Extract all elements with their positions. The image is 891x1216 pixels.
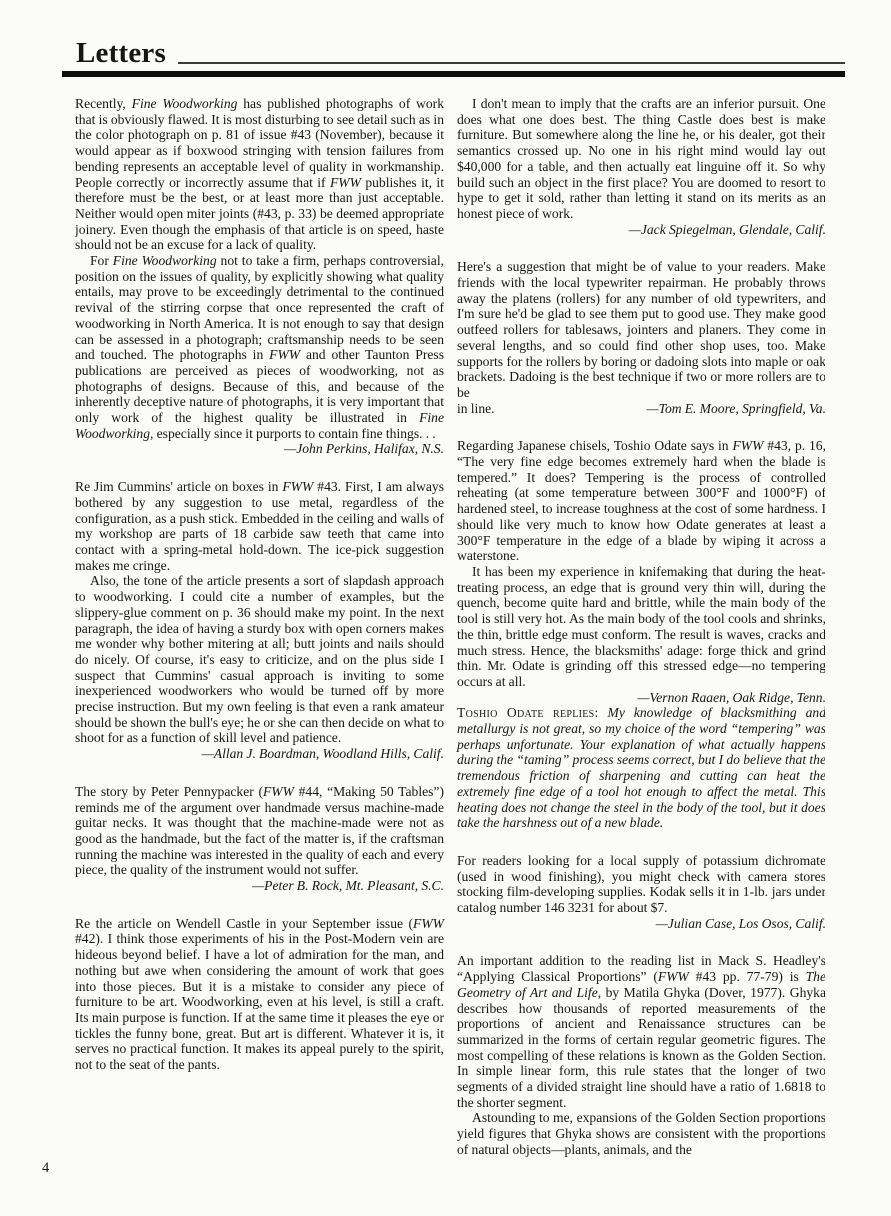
letter-paragraph: Re Jim Cummins' article on boxes in FWW …: [75, 479, 444, 573]
column-left: Recently, Fine Woodworking has published…: [75, 96, 444, 1166]
text-run: For: [90, 253, 113, 268]
letter-paragraph: An important addition to the reading lis…: [457, 953, 825, 1110]
letter: I don't mean to imply that the crafts ar…: [457, 96, 825, 237]
letter: The story by Peter Pennypacker (FWW #44,…: [75, 784, 444, 894]
header-rule-thick: [62, 71, 845, 77]
signature-lead-text: in line.: [457, 401, 495, 417]
letter-paragraph: For Fine Woodworking not to take a firm,…: [75, 253, 444, 441]
letter-signature: —John Perkins, Halifax, N.S.: [75, 441, 444, 457]
italic-text: FWW: [269, 347, 300, 362]
italic-text: FWW: [658, 969, 689, 984]
italic-text: Fine Woodworking: [132, 96, 238, 111]
letter-paragraph: It has been my experience in knifemaking…: [457, 564, 825, 690]
italic-text: FWW: [413, 916, 444, 931]
letter: An important addition to the reading lis…: [457, 953, 825, 1157]
text-run: Also, the tone of the article presents a…: [75, 573, 444, 745]
letters-body: Recently, Fine Woodworking has published…: [75, 96, 825, 1166]
text-run: Recently,: [75, 96, 132, 111]
letter: Recently, Fine Woodworking has published…: [75, 96, 444, 457]
letter-paragraph: The story by Peter Pennypacker (FWW #44,…: [75, 784, 444, 878]
text-run: Here's a suggestion that might be of val…: [457, 259, 825, 400]
letter-paragraph: Astounding to me, expansions of the Gold…: [457, 1110, 825, 1157]
page-number: 4: [42, 1160, 49, 1177]
text-run: My knowledge of blacksmithing and metall…: [457, 705, 825, 830]
text-run: Re the article on Wendell Castle in your…: [75, 916, 413, 931]
letter: For readers looking for a local supply o…: [457, 853, 825, 932]
column-right: I don't mean to imply that the crafts ar…: [457, 96, 825, 1166]
text-run: , by Matila Ghyka (Dover, 1977). Ghyka d…: [457, 985, 825, 1110]
letter: Here's a suggestion that might be of val…: [457, 259, 825, 416]
letter-paragraph: For readers looking for a local supply o…: [457, 853, 825, 916]
text-run: Re Jim Cummins' article on boxes in: [75, 479, 282, 494]
magazine-page: { "header": { "title": "Letters" }, "pag…: [0, 0, 891, 1216]
text-run: Astounding to me, expansions of the Gold…: [457, 1110, 825, 1156]
letter-signature: —Jack Spiegelman, Glendale, Calif.: [457, 222, 825, 238]
letter-paragraph: Regarding Japanese chisels, Toshio Odate…: [457, 438, 825, 564]
italic-text: FWW: [330, 175, 361, 190]
text-run: The story by Peter Pennypacker (: [75, 784, 263, 799]
letter-signature-line: in line.—Tom E. Moore, Springfield, Va.: [457, 401, 825, 417]
text-run: Regarding Japanese chisels, Toshio Odate…: [457, 438, 732, 453]
reply-label: Toshio Odate replies:: [457, 705, 599, 720]
masthead: Letters: [62, 38, 845, 77]
italic-text: Fine Woodworking: [113, 253, 217, 268]
italic-text: FWW: [263, 784, 294, 799]
letter-paragraph: Here's a suggestion that might be of val…: [457, 259, 825, 400]
text-run: For readers looking for a local supply o…: [457, 853, 825, 915]
editor-reply: Toshio Odate replies: My knowledge of bl…: [457, 705, 825, 831]
letter-paragraph: I don't mean to imply that the crafts ar…: [457, 96, 825, 222]
text-run: It has been my experience in knifemaking…: [457, 564, 825, 689]
letter-paragraph: Also, the tone of the article presents a…: [75, 573, 444, 746]
text-run: #43 pp. 77-79) is: [689, 969, 806, 984]
letter-paragraph: Recently, Fine Woodworking has published…: [75, 96, 444, 253]
letter: Re Jim Cummins' article on boxes in FWW …: [75, 479, 444, 762]
letter-paragraph: Re the article on Wendell Castle in your…: [75, 916, 444, 1073]
letter-signature: —Tom E. Moore, Springfield, Va.: [647, 401, 825, 417]
text-run: #43, p. 16, “The very fine edge becomes …: [457, 438, 825, 563]
letter-signature: —Allan J. Boardman, Woodland Hills, Cali…: [75, 746, 444, 762]
letter-signature: —Peter B. Rock, Mt. Pleasant, S.C.: [75, 878, 444, 894]
letter: Re the article on Wendell Castle in your…: [75, 916, 444, 1073]
text-run: , especially since it purports to contai…: [150, 426, 436, 441]
text-run: #42). I think those experiments of his i…: [75, 931, 444, 1072]
letter-signature: —Julian Case, Los Osos, Calif.: [457, 916, 825, 932]
letter-signature: —Vernon Raaen, Oak Ridge, Tenn.: [457, 690, 825, 706]
header-rule-thin: [178, 62, 845, 64]
text-run: not to take a firm, perhaps controversia…: [75, 253, 444, 362]
italic-text: FWW: [282, 479, 313, 494]
text-run: I don't mean to imply that the crafts ar…: [457, 96, 825, 221]
letter: Regarding Japanese chisels, Toshio Odate…: [457, 438, 825, 831]
page-title: Letters: [62, 38, 178, 68]
italic-text: FWW: [732, 438, 763, 453]
